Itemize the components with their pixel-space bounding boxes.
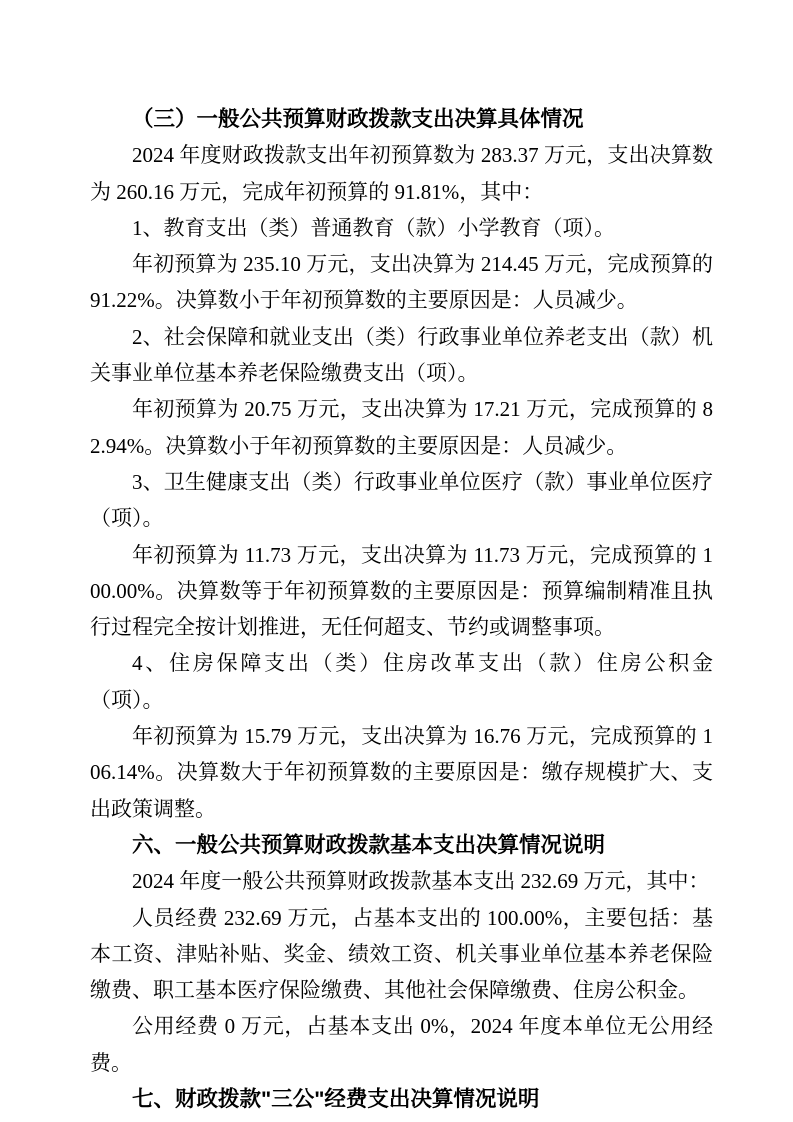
- section-heading-general-budget-expenditure-detail: （三）一般公共预算财政拨款支出决算具体情况: [90, 101, 713, 137]
- paragraph-item-2-social-security-figures: 年初预算为 20.75 万元，支出决算为 17.21 万元，完成预算的 82.9…: [90, 391, 713, 464]
- paragraph-total-expenditure-summary: 2024 年度财政拨款支出年初预算数为 283.37 万元，支出决算数为 260…: [90, 137, 713, 210]
- paragraph-item-4-housing-figures: 年初预算为 15.79 万元，支出决算为 16.76 万元，完成预算的 106.…: [90, 718, 713, 827]
- paragraph-item-1-education-figures: 年初预算为 235.10 万元，支出决算为 214.45 万元，完成预算的 91…: [90, 246, 713, 319]
- section-heading-three-public-expense: 七、财政拨款"三公"经费支出决算情况说明: [90, 1081, 713, 1117]
- paragraph-basic-expenditure-total: 2024 年度一般公共预算财政拨款基本支出 232.69 万元，其中：: [90, 863, 713, 899]
- paragraph-item-3-health: 3、卫生健康支出（类）行政事业单位医疗（款）事业单位医疗（项）。: [90, 464, 713, 537]
- paragraph-item-1-education: 1、教育支出（类）普通教育（款）小学教育（项）。: [90, 210, 713, 246]
- section-heading-basic-expenditure: 六、一般公共预算财政拨款基本支出决算情况说明: [90, 827, 713, 863]
- paragraph-public-expense: 公用经费 0 万元，占基本支出 0%，2024 年度本单位无公用经费。: [90, 1008, 713, 1081]
- paragraph-item-3-health-figures: 年初预算为 11.73 万元，支出决算为 11.73 万元，完成预算的 100.…: [90, 537, 713, 646]
- paragraph-item-2-social-security: 2、社会保障和就业支出（类）行政事业单位养老支出（款）机关事业单位基本养老保险缴…: [90, 319, 713, 392]
- paragraph-personnel-expense: 人员经费 232.69 万元，占基本支出的 100.00%，主要包括：基本工资、…: [90, 900, 713, 1009]
- document-page: （三）一般公共预算财政拨款支出决算具体情况 2024 年度财政拨款支出年初预算数…: [0, 0, 793, 1122]
- paragraph-item-4-housing: 4、住房保障支出（类）住房改革支出（款）住房公积金（项）。: [90, 645, 713, 718]
